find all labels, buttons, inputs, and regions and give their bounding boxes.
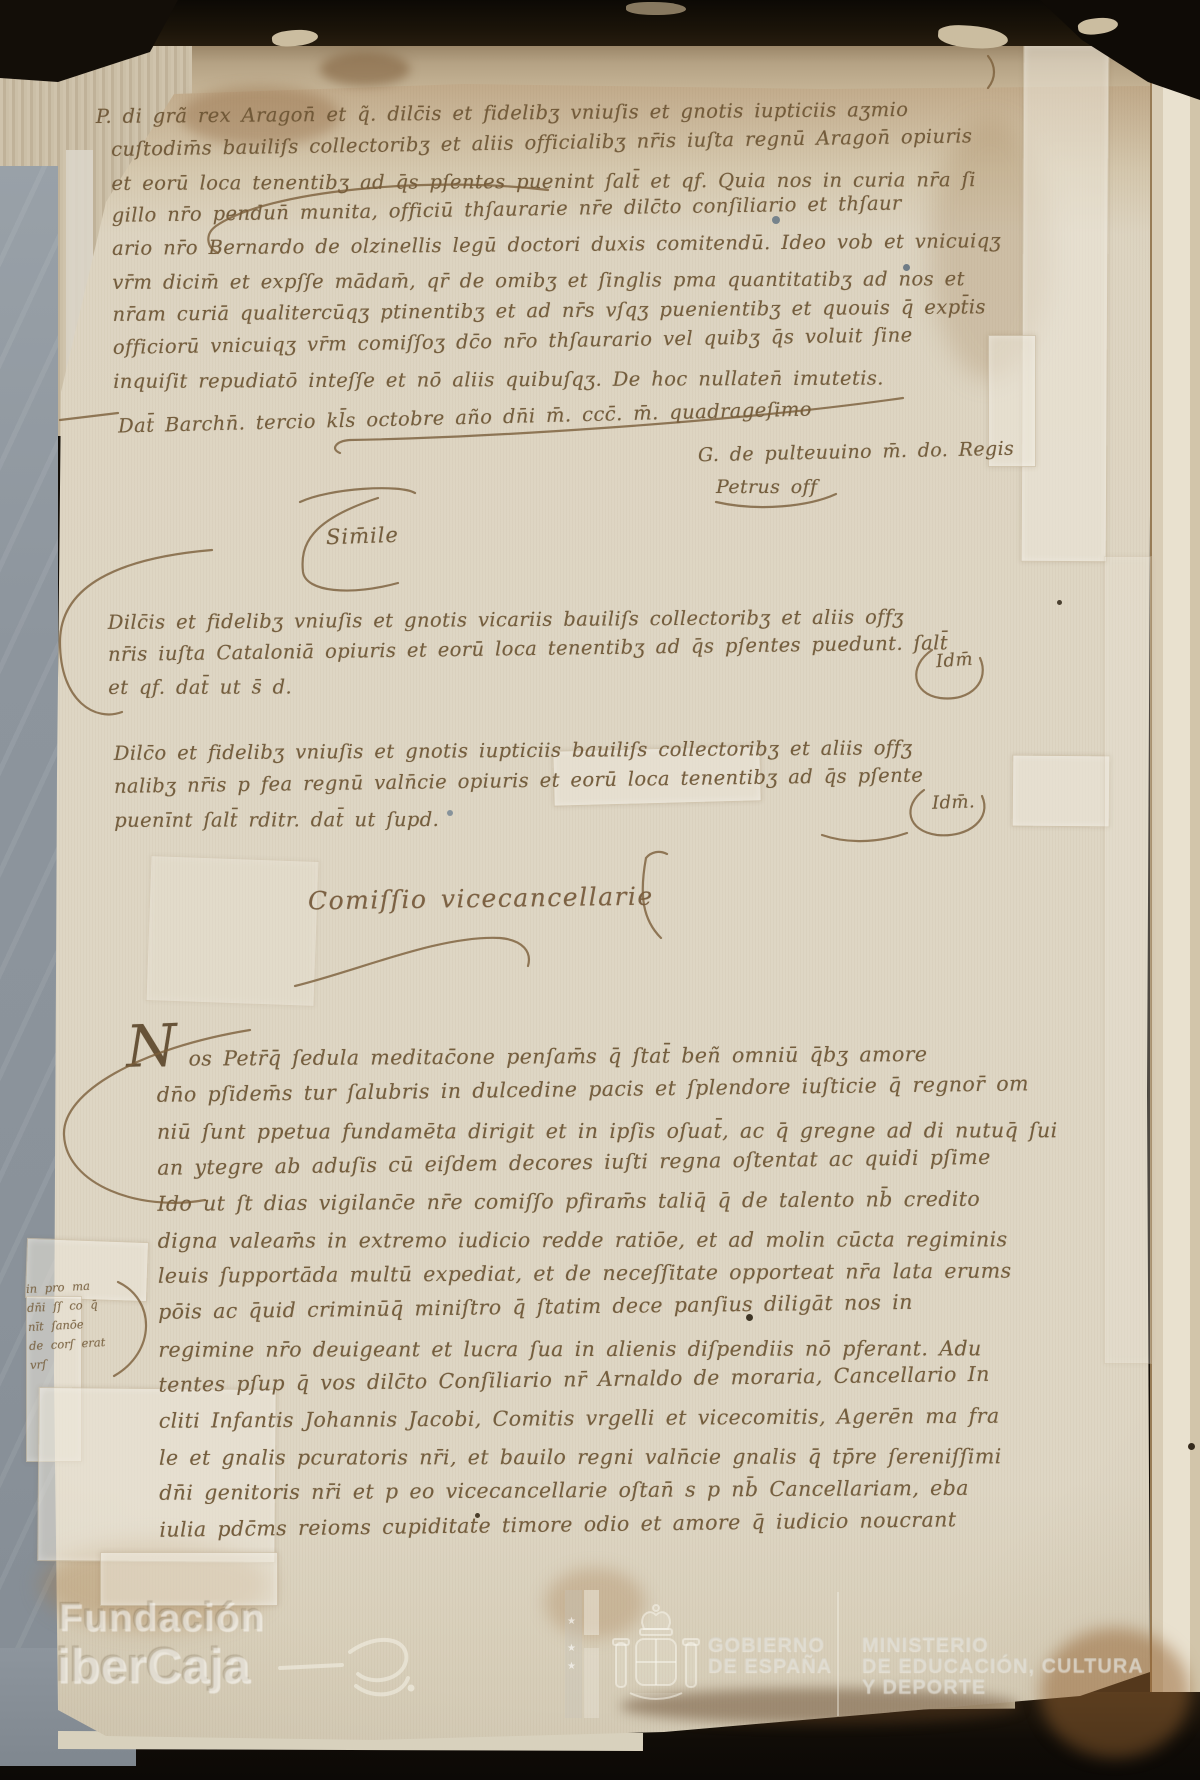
- manuscript-line: cliti Infantis Johannis Jacobi, Comitis …: [159, 1397, 1060, 1439]
- paper-tatter: [626, 2, 686, 15]
- margin-annotation: in pro ma dn̄i ſſ co q̄ nīt ſanōe de cor…: [26, 1276, 107, 1375]
- star-icon: ★: [567, 1643, 576, 1654]
- ink-speck: [1188, 1443, 1195, 1450]
- ink-speck: [1057, 600, 1062, 605]
- paper-hole: [772, 216, 780, 224]
- manuscript-line: Ido ut ſt dias vigilanc̄e nr̄e comiſſo p…: [157, 1180, 1058, 1222]
- scribe-signature: Petrus off: [716, 476, 817, 498]
- margin-mark-idem: Idm̄: [935, 649, 973, 673]
- entry-block-3: Dilc̄o et fidelibʒ vniuſis et gnotis iup…: [114, 731, 924, 836]
- manuscript-photo: P. di grã rex Aragon̄ et q̃. dilc̄is et …: [0, 0, 1200, 1780]
- repair-tape: [1021, 45, 1110, 562]
- manuscript-line: digna valeam̄s in extremo iudicio redde …: [158, 1221, 1059, 1259]
- flag-block-element: [584, 1648, 599, 1718]
- manuscript-line: vrſ: [30, 1352, 107, 1375]
- flag-bar-element: [565, 1590, 582, 1718]
- paper-hole: [903, 264, 910, 271]
- manuscript-line: ario nr̄o Bernardo de olzinellis legū do…: [112, 224, 1001, 265]
- section-heading: Comiſſio vicecancellarie: [308, 882, 654, 916]
- similis-rubric: Sim̄ile: [326, 523, 400, 550]
- paper-hole: [447, 810, 453, 816]
- manuscript-line: et qf. dat̄ ut s̄ d.: [108, 670, 948, 704]
- repair-tape: [146, 855, 320, 1007]
- repair-tape: [1012, 755, 1111, 828]
- margin-mark-idem: Idm̄.: [932, 791, 976, 813]
- entry-block-4: os Petr̄q̄ ſedula meditac̄one penſam̄s q…: [156, 1035, 1060, 1547]
- entry-block-1: P. di grã rex Aragon̄ et q̃. dilc̄is et …: [111, 92, 1003, 397]
- flag-block-element: [584, 1590, 599, 1635]
- watermark-divider: [837, 1592, 839, 1716]
- spain-coat-of-arms-icon: [610, 1601, 702, 1705]
- entry-block-2: Dilc̄is et fidelibʒ vniuſis et gnotis vi…: [108, 601, 949, 703]
- manuscript-line: dn̄i ſſ co q̄: [27, 1295, 104, 1318]
- binding-top-dark: [0, 0, 1200, 46]
- manuscript-line: puenīnt ſalt̄ rditr. dat̄ ut ſupd.: [114, 802, 923, 837]
- manuscript-line: inquiſit repudiatō inteſſe et nō aliis q…: [113, 361, 1002, 398]
- ibercaja-logo-icon: [270, 1628, 420, 1708]
- ink-speck: [475, 1513, 480, 1518]
- star-icon: ★: [567, 1661, 576, 1672]
- repair-tape: [1104, 556, 1152, 1364]
- ink-speck: [746, 1314, 753, 1321]
- manuscript-line: de corſ erat: [29, 1333, 106, 1356]
- star-icon: ★: [567, 1616, 576, 1627]
- repair-tape: [100, 1552, 278, 1606]
- manuscript-line: vr̄m dicim̄ et expſſe mādam̄, qr̄ de omi…: [112, 262, 1001, 299]
- manuscript-line: le et gnalis pcuratoris nr̄i, et bauilo …: [159, 1438, 1060, 1476]
- fore-edge-pages: [1150, 52, 1200, 1704]
